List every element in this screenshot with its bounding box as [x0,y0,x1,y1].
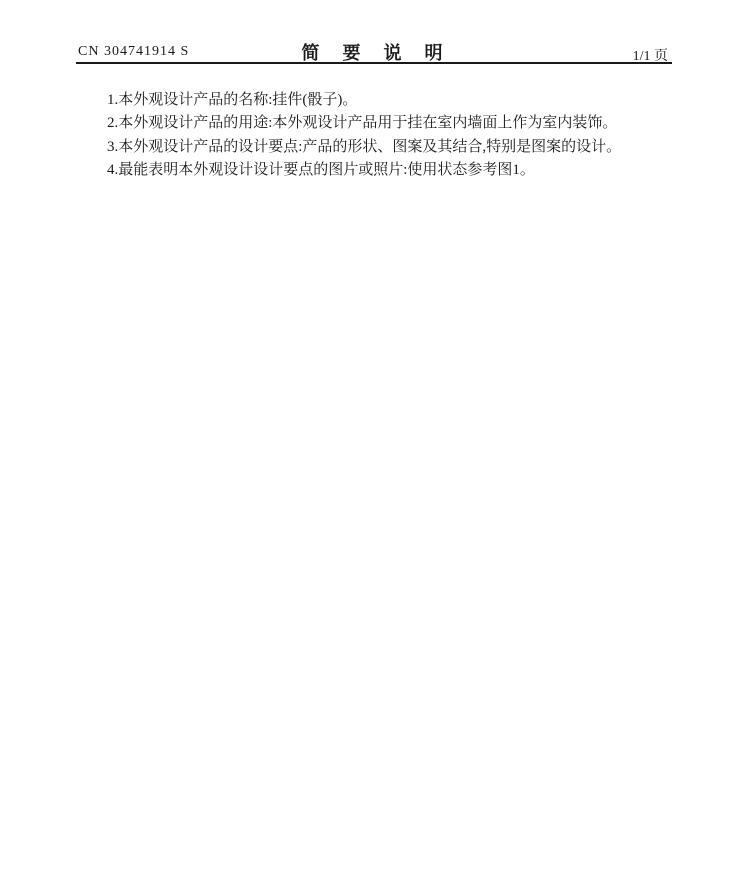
description-item-3: 3.本外观设计产品的设计要点:产品的形状、图案及其结合,特别是图案的设计。 [107,136,707,159]
brief-description: 1.本外观设计产品的名称:挂件(骰子)。 2.本外观设计产品的用途:本外观设计产… [107,89,707,182]
header-divider [76,62,672,64]
description-item-4: 4.最能表明本外观设计设计要点的图片或照片:使用状态参考图1。 [107,159,707,182]
patent-brief-description-page: CN 304741914 S 简 要 说 明 1/1 页 1.本外观设计产品的名… [0,0,750,877]
description-item-1: 1.本外观设计产品的名称:挂件(骰子)。 [107,89,707,112]
description-item-2: 2.本外观设计产品的用途:本外观设计产品用于挂在室内墙面上作为室内装饰。 [107,112,707,135]
